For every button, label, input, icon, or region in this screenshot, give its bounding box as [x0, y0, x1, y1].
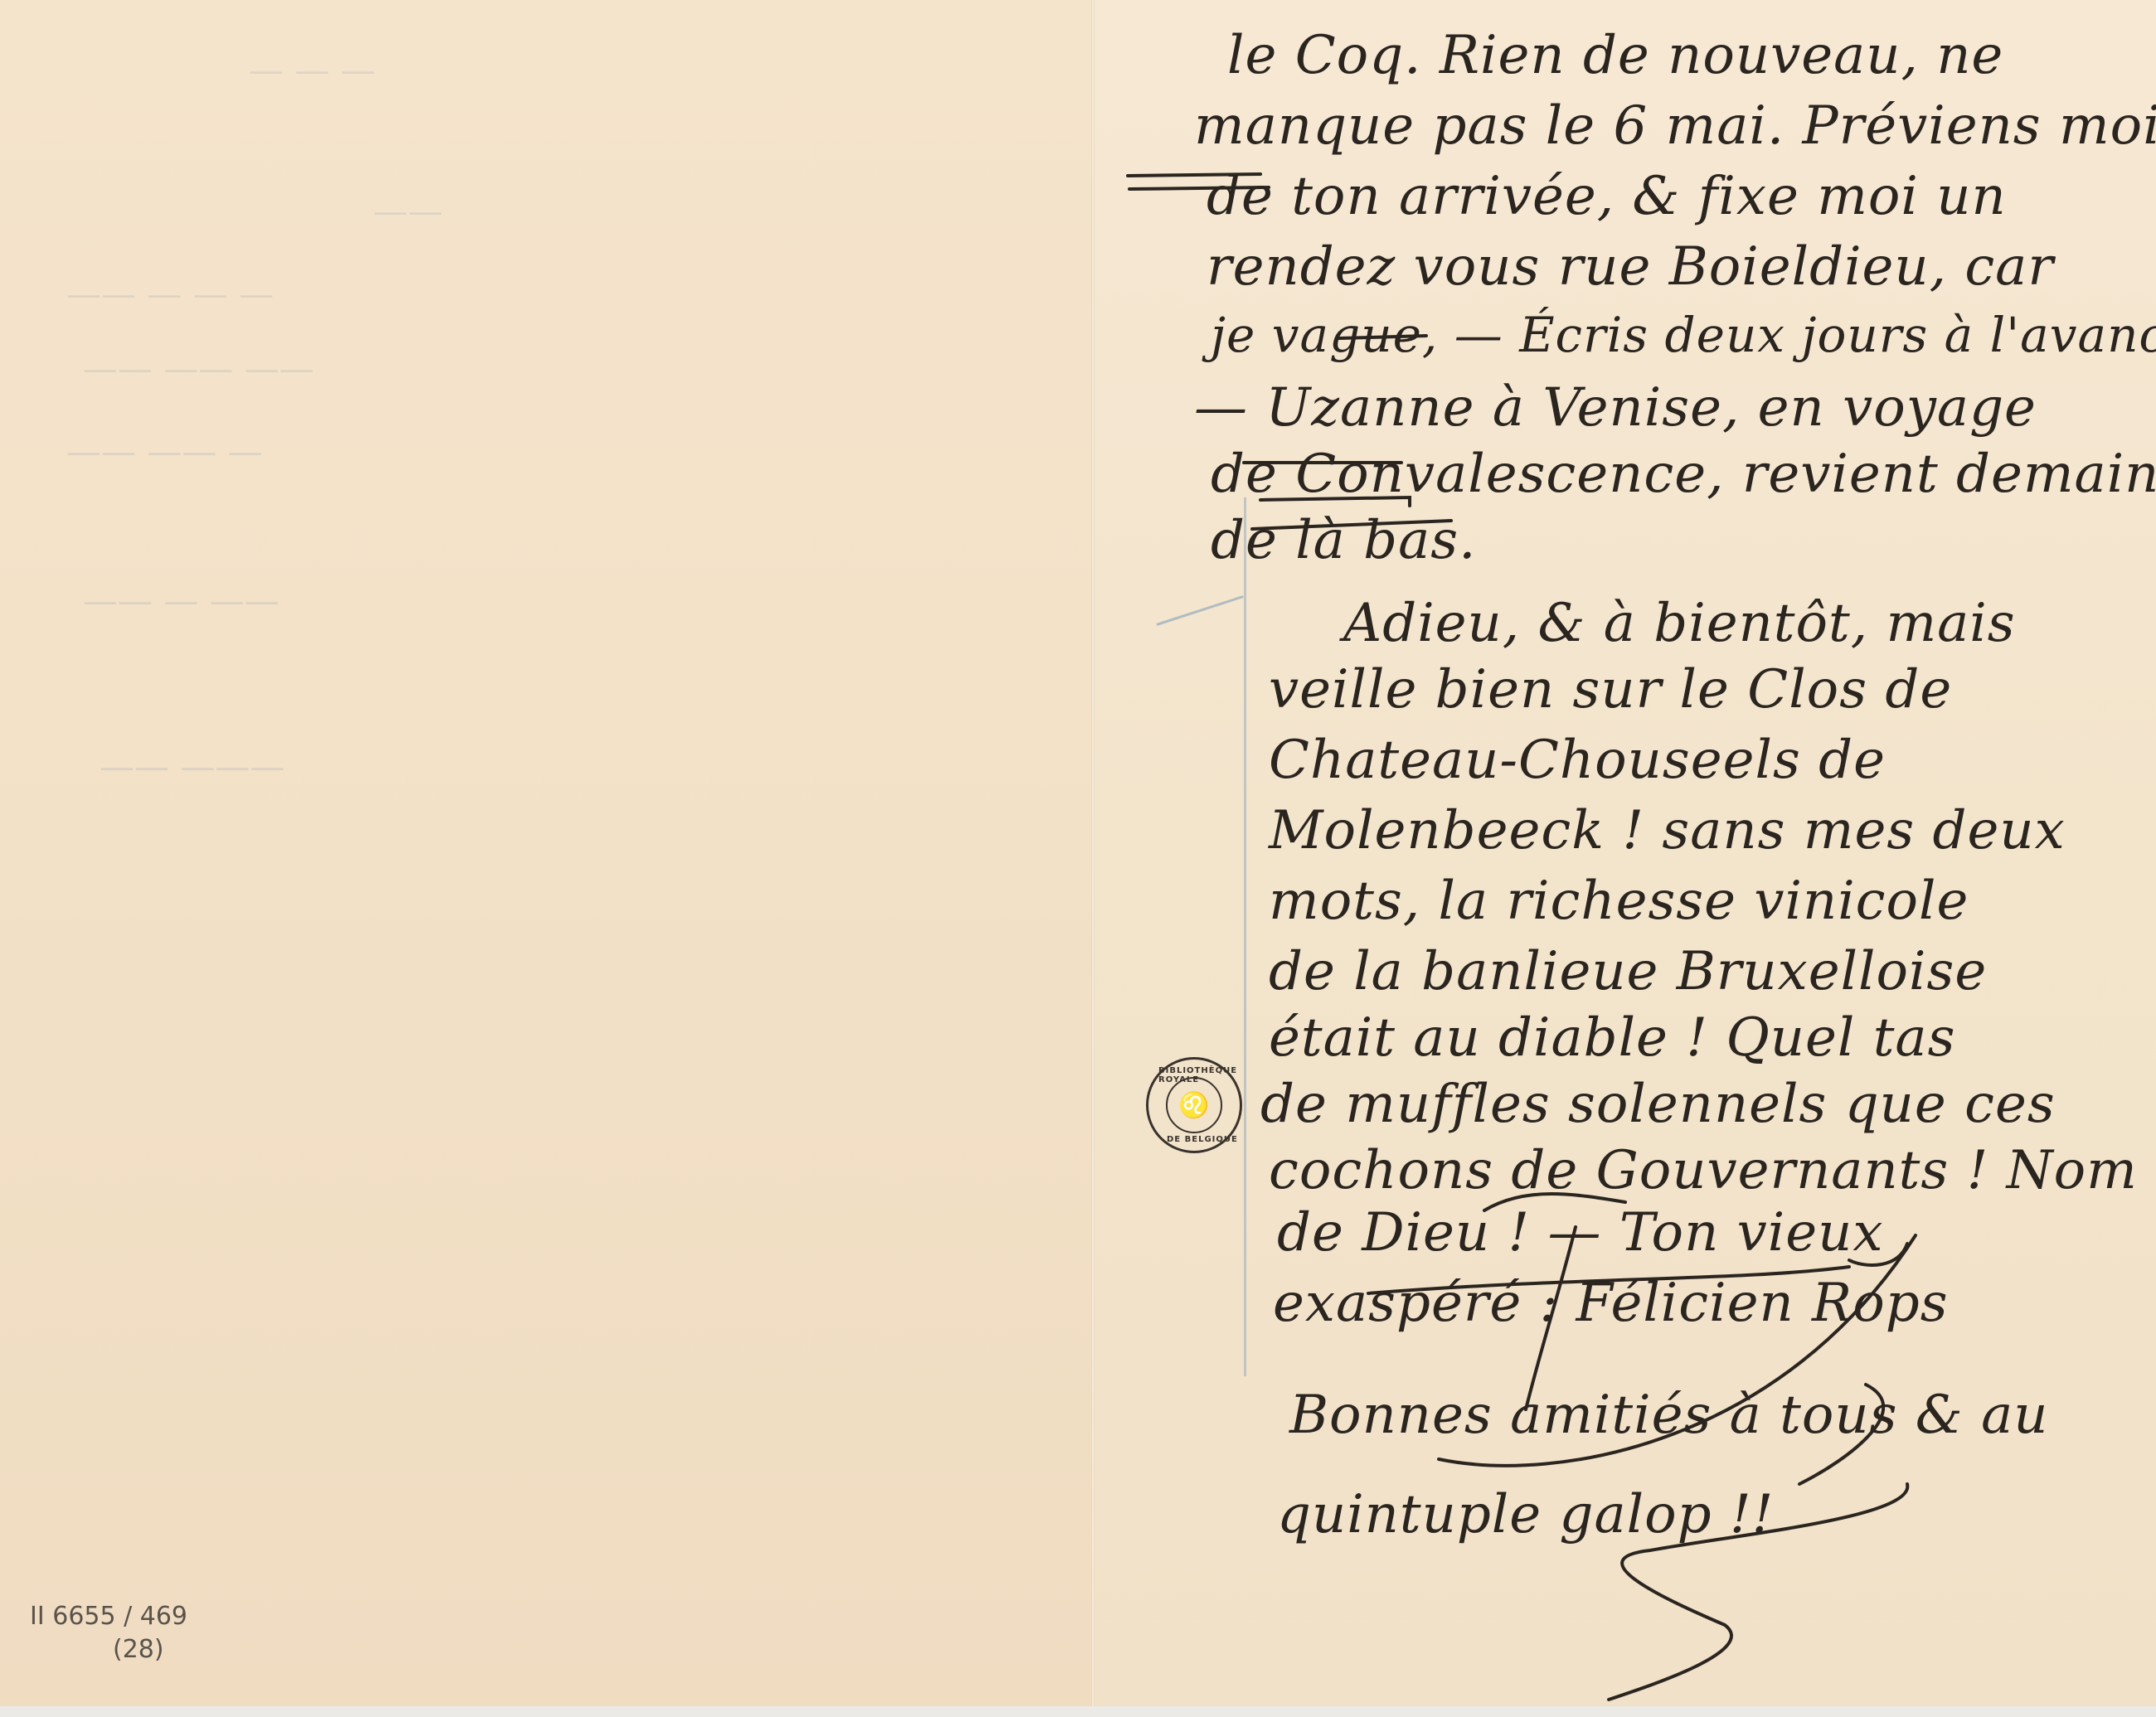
lion-emblem-icon: ♌ — [1166, 1077, 1222, 1133]
stamp-text-bottom: DE BELGIQUE — [1167, 1135, 1238, 1144]
library-stamp: ♌ BIBLIOTHÈQUE ROYALE DE BELGIQUE — [1146, 1057, 1242, 1153]
shelfmark: II 6655 / 469 (28) — [30, 1600, 187, 1666]
shelfmark-number: II 6655 / 469 — [30, 1602, 187, 1631]
shelfmark-item: (28) — [30, 1633, 187, 1666]
stamp-text-top: BIBLIOTHÈQUE ROYALE — [1158, 1066, 1240, 1084]
pen-flourishes — [0, 0, 2156, 1717]
